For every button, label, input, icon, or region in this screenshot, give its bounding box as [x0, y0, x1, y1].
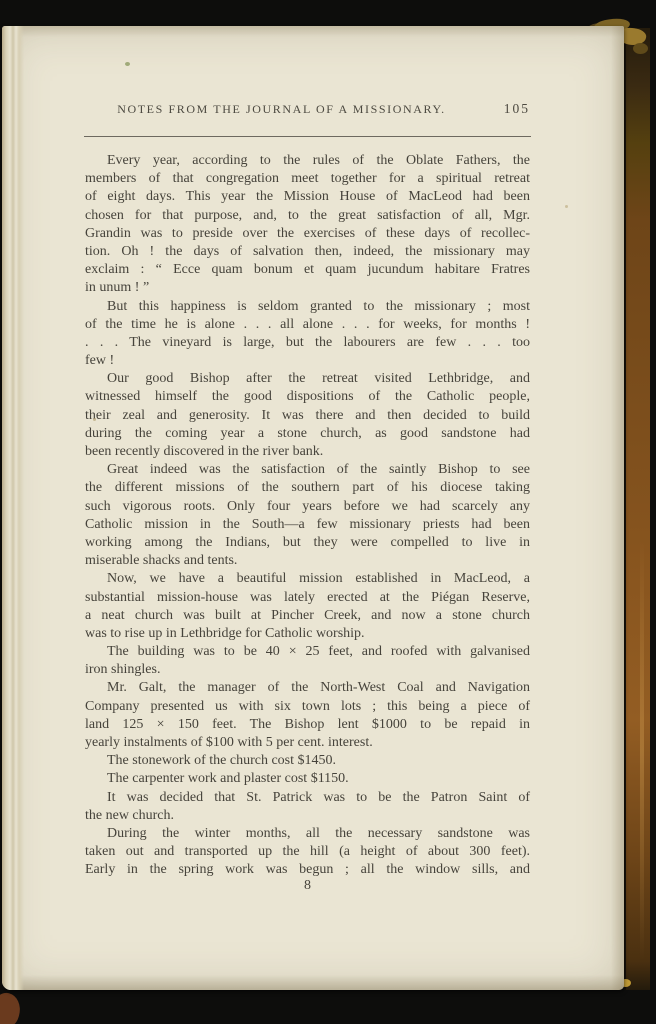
- binding-fragment-bottom-left: [0, 990, 24, 1024]
- text-line: Great indeed was the satisfaction of the…: [85, 461, 530, 479]
- paper-speck: [125, 62, 130, 66]
- header-rule: [84, 136, 531, 137]
- text-line: was to rise up in Lethbridge for Catholi…: [85, 625, 530, 643]
- text-line: Company presented us with six town lots …: [85, 698, 530, 716]
- text-line: witnessed himself the good dispositions …: [85, 388, 530, 406]
- signature-mark: 8: [85, 878, 530, 894]
- book-page: NOTES FROM THE JOURNAL OF A MISSIONARY. …: [2, 26, 624, 990]
- page-number: 105: [504, 101, 530, 117]
- book-scan: NOTES FROM THE JOURNAL OF A MISSIONARY. …: [0, 0, 656, 1024]
- text-line: working among the Indians, but they were…: [85, 534, 530, 552]
- running-title: NOTES FROM THE JOURNAL OF A MISSIONARY.: [85, 102, 478, 117]
- text-line: Grandin was to preside over the exercise…: [85, 225, 530, 243]
- torn-binding-fragment: [633, 43, 648, 54]
- book-cover-edge: [624, 28, 650, 990]
- text-line: been recently discovered in the river ba…: [85, 443, 530, 461]
- text-line: such vigorous roots. Only four years bef…: [85, 498, 530, 516]
- text-line: During the winter months, all the necess…: [85, 825, 530, 843]
- paper-speck: [93, 418, 96, 421]
- text-line: The building was to be 40 × 25 feet, and…: [85, 643, 530, 661]
- text-line: during the coming year a stone church, a…: [85, 425, 530, 443]
- text-line: Every year, according to the rules of th…: [85, 152, 530, 170]
- body-text: Every year, according to the rules of th…: [85, 152, 530, 880]
- text-line: members of that congregation meet togeth…: [85, 170, 530, 188]
- text-line: It was decided that St. Patrick was to b…: [85, 789, 530, 807]
- text-line: substantial mission-house was lately ere…: [85, 589, 530, 607]
- text-line: few !: [85, 352, 530, 370]
- text-line: their zeal and generosity. It was there …: [85, 407, 530, 425]
- text-line: tion. Oh ! the days of salvation then, i…: [85, 243, 530, 261]
- text-line: yearly instalments of $100 with 5 per ce…: [85, 734, 530, 752]
- text-line: of the time he is alone . . . all alone …: [85, 316, 530, 334]
- text-line: Mr. Galt, the manager of the North-West …: [85, 679, 530, 697]
- text-line: The stonework of the church cost $1450.: [85, 752, 530, 770]
- text-line: . . . The vineyard is large, but the lab…: [85, 334, 530, 352]
- text-line: the different missions of the southern p…: [85, 479, 530, 497]
- text-line: iron shingles.: [85, 661, 530, 679]
- text-line: of eight days. This year the Mission Hou…: [85, 188, 530, 206]
- paper-speck: [565, 205, 568, 208]
- cover-edge-highlight: [640, 540, 644, 960]
- text-line: land 125 × 150 feet. The Bishop lent $10…: [85, 716, 530, 734]
- page-header: NOTES FROM THE JOURNAL OF A MISSIONARY. …: [85, 102, 530, 124]
- text-line: the new church.: [85, 807, 530, 825]
- text-line: Now, we have a beautiful mission establi…: [85, 570, 530, 588]
- text-line: miserable shacks and tents.: [85, 552, 530, 570]
- text-line: chosen for that purpose, and, to the gre…: [85, 207, 530, 225]
- text-line: in unum ! ”: [85, 279, 530, 297]
- text-line: But this happiness is seldom granted to …: [85, 298, 530, 316]
- text-line: exclaim : “ Ecce quam bonum et quam jucu…: [85, 261, 530, 279]
- text-line: Early in the spring work was begun ; all…: [85, 861, 530, 879]
- text-line: Our good Bishop after the retreat visite…: [85, 370, 530, 388]
- text-line: The carpenter work and plaster cost $115…: [85, 770, 530, 788]
- text-line: Catholic mission in the South—a few miss…: [85, 516, 530, 534]
- text-line: taken out and transported up the hill (a…: [85, 843, 530, 861]
- text-line: a neat church was built at Pincher Creek…: [85, 607, 530, 625]
